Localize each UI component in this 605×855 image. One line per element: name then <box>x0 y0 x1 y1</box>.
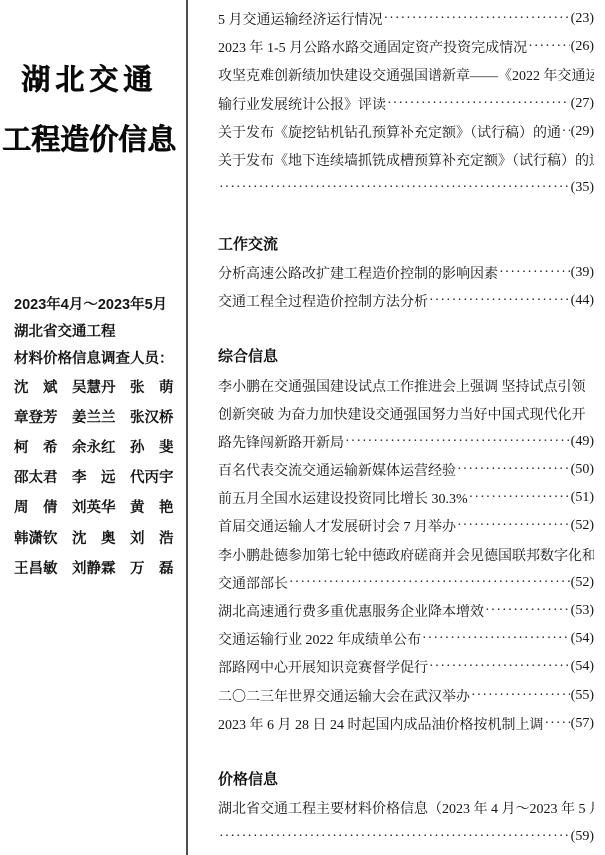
toc-item-last-line: 交通部部长···································… <box>218 569 594 597</box>
surveyor-name: 王昌敏 <box>14 557 58 578</box>
toc-item-text: 部路网中心开展知识竞赛督学促行 <box>218 657 428 677</box>
toc-dot-leader: ········································… <box>562 124 570 140</box>
toc-item-text-line: 湖北省交通工程主要材料价格信息（2023 年 4 月～2023 年 5 月） <box>218 794 594 822</box>
toc-item: 交通运输行业 2022 年成绩单公布······················… <box>218 625 594 653</box>
toc-dot-leader: ········································… <box>219 829 570 845</box>
surveyor-name: 沈 奥 <box>72 527 116 548</box>
surveyor-name: 李 远 <box>72 466 116 487</box>
toc-item: 李小鹏在交通强国建设试点工作推进会上强调 坚持试点引领创新突破 为奋力加快建设交… <box>218 371 594 456</box>
toc-dot-leader: ········································… <box>545 716 570 732</box>
toc-item-text: 输行业发展统计公报》评读 <box>218 94 386 114</box>
toc-item-last-line: 二〇二三年世界交通运输大会在武汉举办······················… <box>218 682 594 710</box>
toc-dot-leader: ········································… <box>528 39 570 55</box>
toc-page-number: (39) <box>571 265 594 281</box>
toc-page-number: (23) <box>571 11 594 27</box>
surveyor-name: 沈 斌 <box>14 376 58 397</box>
surveyor-name: 周 倩 <box>14 496 58 517</box>
toc-item-last-line: 百名代表交流交通运输新媒体运营经验·······················… <box>218 456 594 484</box>
surveyor-names: 沈 斌吴慧丹张 萌章登芳姜兰兰张汉桥柯 希余永红孙 斐邵太君李 远代丙宇周 倩刘… <box>14 371 174 582</box>
surveyor-name-row: 韩潇钦沈 奥刘 浩 <box>14 522 174 552</box>
toc-dot-leader: ········································… <box>289 575 570 591</box>
toc-dot-leader: ········································… <box>422 631 570 647</box>
toc-item-text-line: 李小鹏在交通强国建设试点工作推进会上强调 坚持试点引领 <box>218 371 594 399</box>
toc-item-last-line: 部路网中心开展知识竞赛督学促行·························… <box>218 653 594 681</box>
toc-item: 湖北高速通行费多重优惠服务企业降本增效·····················… <box>218 597 594 625</box>
surveyor-name: 刘静霖 <box>72 557 116 578</box>
toc-item-last-line: 2023 年 1-5 月公路水路交通固定资产投资完成情况············… <box>218 33 594 61</box>
toc-item-text: 5 月交通运输经济运行情况 <box>218 9 383 29</box>
surveyor-name-row: 章登芳姜兰兰张汉桥 <box>14 401 174 431</box>
toc-dot-leader: ········································… <box>429 659 570 675</box>
surveyor-name: 张 萌 <box>130 376 174 397</box>
toc-page-number: (44) <box>571 293 594 309</box>
toc-section: 工作交流分析高速公路改扩建工程造价控制的影响因素················… <box>218 231 594 316</box>
surveyor-name: 黄 艳 <box>130 496 174 517</box>
page: 湖北交通 工程造价信息 2023年4月～2023年5月湖北省交通工程材料价格信息… <box>0 0 605 855</box>
toc-item-text: 关于发布《旋挖钻机钻孔预算补充定额》（试行稿）的通知 <box>218 122 561 142</box>
toc-item-text: 百名代表交流交通运输新媒体运营经验 <box>218 460 456 480</box>
toc-page-number: (59) <box>571 829 594 845</box>
toc-page-number: (53) <box>571 603 594 619</box>
toc-item-text-line: 关于发布《地下连续墙抓铣成槽预算补充定额》（试行稿）的通知 <box>218 146 594 174</box>
toc-item: 百名代表交流交通运输新媒体运营经验·······················… <box>218 456 594 484</box>
surveyor-name: 柯 希 <box>14 436 58 457</box>
toc-item-last-line: ········································… <box>218 174 594 202</box>
sidebar: 湖北交通 工程造价信息 2023年4月～2023年5月湖北省交通工程材料价格信息… <box>0 0 186 855</box>
toc-item-last-line: 前五月全国水运建设投资同比增长 30.3%···················… <box>218 484 594 512</box>
toc-item-last-line: 输行业发展统计公报》评读 ···························… <box>218 90 594 118</box>
toc-item-text: 前五月全国水运建设投资同比增长 30.3% <box>218 488 468 508</box>
surveyor-name: 姜兰兰 <box>72 406 116 427</box>
toc-item-text-line: 李小鹏赴德参加第七轮中德政府磋商并会见德国联邦数字化和 <box>218 541 594 569</box>
vertical-divider <box>186 0 188 855</box>
toc-section: 综合信息李小鹏在交通强国建设试点工作推进会上强调 坚持试点引领创新突破 为奋力加… <box>218 343 594 738</box>
toc-dot-leader: ········································… <box>471 688 570 704</box>
toc-page-number: (52) <box>571 518 594 534</box>
toc-item: 湖北省交通工程主要材料价格信息（2023 年 4 月～2023 年 5 月）··… <box>218 794 594 850</box>
toc-item-last-line: 关于发布《旋挖钻机钻孔预算补充定额》（试行稿）的通知··············… <box>218 118 594 146</box>
toc-item: 攻坚克难创新绩加快建设交通强国谱新章——《2022 年交通运输行业发展统计公报》… <box>218 61 594 117</box>
toc-item: 分析高速公路改扩建工程造价控制的影响因素····················… <box>218 259 594 287</box>
toc-page-number: (50) <box>571 462 594 478</box>
toc-dot-leader: ········································… <box>345 434 570 450</box>
surveyor-name: 刘 浩 <box>130 527 174 548</box>
journal-title: 湖北交通 工程造价信息 <box>0 50 178 170</box>
issue-info-line: 材料价格信息调查人员： <box>14 346 180 373</box>
toc-item-last-line: 5 月交通运输经济运行情况···························… <box>218 5 594 33</box>
issue-info-line: 2023年4月～2023年5月 <box>14 292 180 319</box>
toc-item-last-line: 湖北高速通行费多重优惠服务企业降本增效·····················… <box>218 597 594 625</box>
surveyor-name-row: 沈 斌吴慧丹张 萌 <box>14 371 174 401</box>
toc-item: 2023 年 1-5 月公路水路交通固定资产投资完成情况············… <box>218 33 594 61</box>
toc-item: 前五月全国水运建设投资同比增长 30.3%···················… <box>218 484 594 512</box>
toc-page-number: (26) <box>571 39 594 55</box>
toc-item-text: 2023 年 1-5 月公路水路交通固定资产投资完成情况 <box>218 37 527 57</box>
issue-info-line: 湖北省交通工程 <box>14 319 180 346</box>
toc-page-number: (57) <box>571 716 594 732</box>
toc-dot-leader: ········································… <box>387 96 570 112</box>
toc-item-text: 交通工程全过程造价控制方法分析 <box>218 291 428 311</box>
toc-item: 二〇二三年世界交通运输大会在武汉举办······················… <box>218 682 594 710</box>
toc-page-number: (55) <box>571 688 594 704</box>
toc-item: 2023 年 6 月 28 日 24 时起国内成品油价格按机制上调·······… <box>218 710 594 738</box>
toc-item-text-line: 创新突破 为奋力加快建设交通强国努力当好中国式现代化开 <box>218 400 594 428</box>
toc-item-text: 二〇二三年世界交通运输大会在武汉举办 <box>218 686 470 706</box>
toc-item-last-line: ········································… <box>218 822 594 850</box>
toc-page-number: (51) <box>571 490 594 506</box>
toc-item: 5 月交通运输经济运行情况···························… <box>218 5 594 33</box>
toc-item-text: 路先锋闯新路开新局 <box>218 432 344 452</box>
toc-section-heading: 工作交流 <box>218 231 594 259</box>
surveyor-name-row: 王昌敏刘静霖万 磊 <box>14 552 174 582</box>
toc-item: 交通工程全过程造价控制方法分析·························… <box>218 287 594 315</box>
toc-page-number: (27) <box>571 96 594 112</box>
surveyor-name: 章登芳 <box>14 406 58 427</box>
toc-dot-leader: ········································… <box>429 293 570 309</box>
journal-title-line2: 工程造价信息 <box>0 110 178 170</box>
toc-item-text: 首届交通运输人才发展研讨会 7 月举办 <box>218 516 456 536</box>
toc-item: 首届交通运输人才发展研讨会 7 月举办·····················… <box>218 512 594 540</box>
surveyor-name-row: 邵太君李 远代丙宇 <box>14 462 174 492</box>
toc-page-number: (54) <box>571 631 594 647</box>
toc-dot-leader: ········································… <box>219 180 570 196</box>
surveyor-name: 邵太君 <box>14 466 58 487</box>
toc-dot-leader: ········································… <box>485 603 570 619</box>
toc-item-last-line: 分析高速公路改扩建工程造价控制的影响因素····················… <box>218 259 594 287</box>
toc-item-last-line: 交通运输行业 2022 年成绩单公布······················… <box>218 625 594 653</box>
toc-item-text: 湖北高速通行费多重优惠服务企业降本增效 <box>218 601 484 621</box>
toc-item-last-line: 路先锋闯新路开新局·······························… <box>218 428 594 456</box>
toc-page-number: (52) <box>571 575 594 591</box>
toc-page-number: (29) <box>571 124 594 140</box>
toc-item-text: 分析高速公路改扩建工程造价控制的影响因素 <box>218 263 498 283</box>
toc-item-last-line: 首届交通运输人才发展研讨会 7 月举办·····················… <box>218 512 594 540</box>
journal-title-line1: 湖北交通 <box>0 50 178 110</box>
toc-item: 关于发布《地下连续墙抓铣成槽预算补充定额》（试行稿）的通知···········… <box>218 146 594 202</box>
toc-item: 部路网中心开展知识竞赛督学促行·························… <box>218 653 594 681</box>
surveyor-name-row: 柯 希余永红孙 斐 <box>14 431 174 461</box>
toc-dot-leader: ········································… <box>384 11 570 27</box>
surveyor-name: 刘英华 <box>72 496 116 517</box>
toc-page-number: (35) <box>571 180 594 196</box>
toc-dot-leader: ········································… <box>469 490 570 506</box>
surveyor-name: 余永红 <box>72 436 116 457</box>
toc-item-text-line: 攻坚克难创新绩加快建设交通强国谱新章——《2022 年交通运 <box>218 61 594 89</box>
toc-item: 李小鹏赴德参加第七轮中德政府磋商并会见德国联邦数字化和交通部部长········… <box>218 541 594 597</box>
surveyor-name: 张汉桥 <box>130 406 174 427</box>
toc-page-number: (49) <box>571 434 594 450</box>
toc-item-text: 交通部部长 <box>218 573 288 593</box>
toc-section-heading: 价格信息 <box>218 766 594 794</box>
table-of-contents: 5 月交通运输经济运行情况···························… <box>218 5 594 851</box>
toc-item-text: 交通运输行业 2022 年成绩单公布 <box>218 629 421 649</box>
toc-item-last-line: 2023 年 6 月 28 日 24 时起国内成品油价格按机制上调·······… <box>218 710 594 738</box>
toc-section-heading: 综合信息 <box>218 343 594 371</box>
surveyor-name: 韩潇钦 <box>14 527 58 548</box>
toc-section: 价格信息湖北省交通工程主要材料价格信息（2023 年 4 月～2023 年 5 … <box>218 766 594 851</box>
surveyor-name: 万 磊 <box>130 557 174 578</box>
toc-item-text: 2023 年 6 月 28 日 24 时起国内成品油价格按机制上调 <box>218 714 544 734</box>
surveyor-name: 代丙宇 <box>130 466 174 487</box>
surveyor-name: 孙 斐 <box>130 436 174 457</box>
surveyor-name: 吴慧丹 <box>72 376 116 397</box>
toc-dot-leader: ········································… <box>457 518 570 534</box>
toc-dot-leader: ········································… <box>499 265 570 281</box>
toc-item: 关于发布《旋挖钻机钻孔预算补充定额》（试行稿）的通知··············… <box>218 118 594 146</box>
toc-section: 5 月交通运输经济运行情况···························… <box>218 5 594 202</box>
toc-item-last-line: 交通工程全过程造价控制方法分析·························… <box>218 287 594 315</box>
issue-info: 2023年4月～2023年5月湖北省交通工程材料价格信息调查人员： <box>14 292 180 373</box>
surveyor-name-row: 周 倩刘英华黄 艳 <box>14 492 174 522</box>
toc-dot-leader: ········································… <box>457 462 570 478</box>
toc-page-number: (54) <box>571 659 594 675</box>
